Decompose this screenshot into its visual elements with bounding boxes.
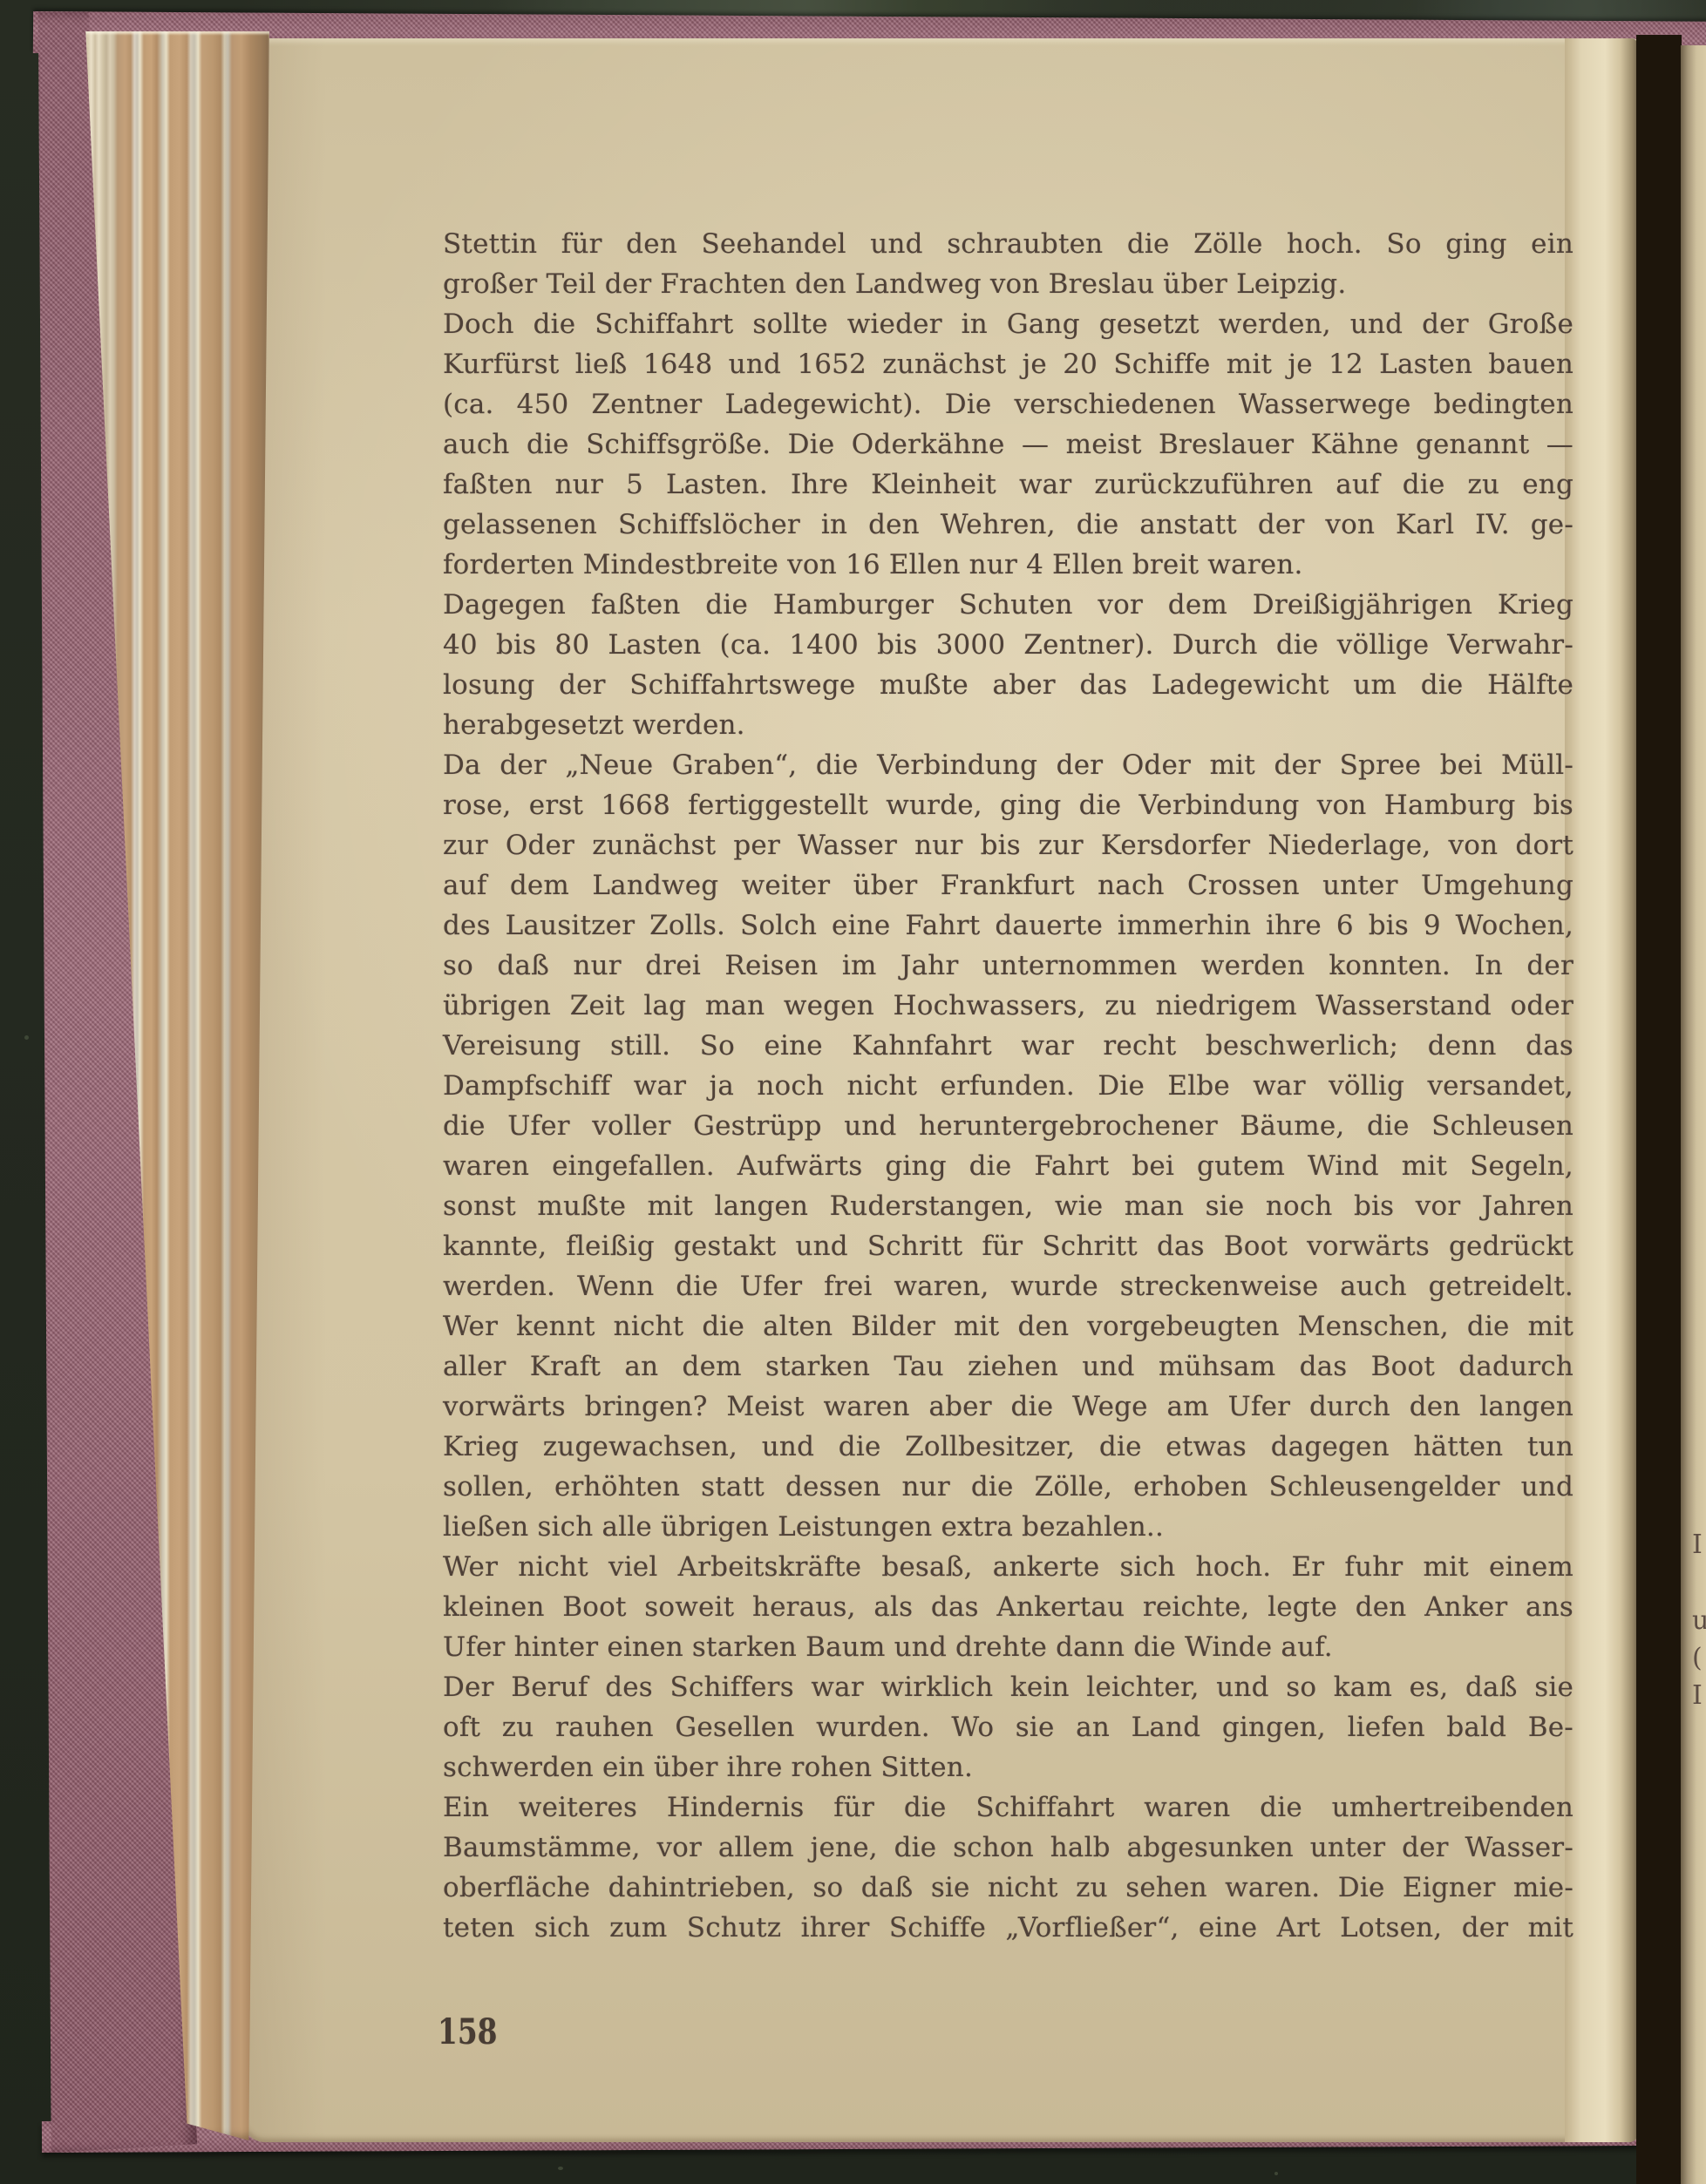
text-line: forderten Mindestbreite von 16 Ellen nur… xyxy=(443,545,1573,585)
text-line: ließen sich alle übrigen Leistungen extr… xyxy=(443,1507,1573,1547)
page-text: Stettin für den Seehandel und schraubten… xyxy=(443,224,1573,1948)
text-line: aller Kraft an dem starken Tau ziehen un… xyxy=(443,1346,1573,1387)
text-line: werden. Wenn die Ufer frei waren, wurde … xyxy=(443,1266,1573,1306)
text-line: schwerden ein über ihre rohen Sitten. xyxy=(443,1747,1573,1787)
text-line: herabgesetzt werden. xyxy=(443,705,1573,745)
text-line: auch die Schiffsgröße. Die Oderkähne — m… xyxy=(443,424,1573,465)
text-line: Stettin für den Seehandel und schraubten… xyxy=(443,224,1573,264)
adjacent-page-text-fragment: I xyxy=(1692,1683,1703,1709)
text-line: waren eingefallen. Aufwärts ging die Fah… xyxy=(443,1146,1573,1186)
text-line: Baumstämme, vor allem jene, die schon ha… xyxy=(443,1828,1573,1868)
text-line: 40 bis 80 Lasten (ca. 1400 bis 3000 Zent… xyxy=(443,625,1573,665)
text-line: oft zu rauhen Gesellen wurden. Wo sie an… xyxy=(443,1707,1573,1747)
text-line: zur Oder zunächst per Wasser nur bis zur… xyxy=(443,825,1573,865)
text-line: Wer kennt nicht die alten Bilder mit den… xyxy=(443,1306,1573,1346)
text-line: die Ufer voller Gestrüpp und heruntergeb… xyxy=(443,1106,1573,1146)
text-line: vorwärts bringen? Meist waren aber die W… xyxy=(443,1387,1573,1427)
text-line: Ein weiteres Hindernis für die Schiffahr… xyxy=(443,1787,1573,1828)
text-line: so daß nur drei Reisen im Jahr unternomm… xyxy=(443,946,1573,986)
text-line: des Lausitzer Zolls. Solch eine Fahrt da… xyxy=(443,905,1573,946)
text-line: gelassenen Schiffslöcher in den Wehren, … xyxy=(443,505,1573,545)
text-line: Der Beruf des Schiffers war wirklich kei… xyxy=(443,1667,1573,1707)
text-line: teten sich zum Schutz ihrer Schiffe „Vor… xyxy=(443,1908,1573,1948)
text-line: (ca. 450 Zentner Ladegewicht). Die versc… xyxy=(443,384,1573,424)
text-line: Doch die Schiffahrt sollte wieder in Gan… xyxy=(443,304,1573,344)
text-line: Dampfschiff war ja noch nicht erfunden. … xyxy=(443,1066,1573,1106)
text-line: losung der Schiffahrtswege mußte aber da… xyxy=(443,665,1573,705)
text-line: Vereisung still. So eine Kahnfahrt war r… xyxy=(443,1026,1573,1066)
adjacent-page-text-fragment: u xyxy=(1692,1608,1706,1634)
adjacent-page-text-fragment: ( xyxy=(1692,1645,1703,1672)
text-line: Krieg zugewachsen, und die Zollbesitzer,… xyxy=(443,1427,1573,1467)
text-line: übrigen Zeit lag man wegen Hochwassers, … xyxy=(443,986,1573,1026)
text-line: auf dem Landweg weiter über Frankfurt na… xyxy=(443,865,1573,905)
page-fore-edge-curl xyxy=(1565,38,1638,2142)
dust-speck xyxy=(24,1035,29,1040)
text-line: großer Teil der Frachten den Landweg von… xyxy=(443,264,1573,304)
text-line: kleinen Boot soweit heraus, als das Anke… xyxy=(443,1587,1573,1627)
adjacent-page-text-fragment: I xyxy=(1692,1532,1703,1558)
text-line: Wer nicht viel Arbeitskräfte besaß, anke… xyxy=(443,1547,1573,1587)
dust-speck xyxy=(558,2167,563,2170)
text-line: sonst mußte mit langen Ruderstangen, wie… xyxy=(443,1186,1573,1226)
text-line: oberfläche dahintrieben, so daß sie nich… xyxy=(443,1868,1573,1908)
page-number: 158 xyxy=(438,2011,497,2052)
dust-speck xyxy=(1274,2172,1278,2175)
text-line: Kurfürst ließ 1648 und 1652 zunächst je … xyxy=(443,344,1573,384)
text-line: Ufer hinter einen starken Baum und dreht… xyxy=(443,1627,1573,1667)
open-book-photo: Iu(I Stettin für den Seehandel und schra… xyxy=(0,0,1706,2184)
text-line: Dagegen faßten die Hamburger Schuten vor… xyxy=(443,585,1573,625)
text-line: sollen, erhöhten statt dessen nur die Zö… xyxy=(443,1467,1573,1507)
text-line: Da der „Neue Graben“, die Verbindung der… xyxy=(443,745,1573,785)
adjacent-page-edge: Iu(I xyxy=(1681,45,1706,2184)
text-line: rose, erst 1668 fertiggestellt wurde, gi… xyxy=(443,785,1573,825)
gutter-shadow xyxy=(1636,35,1682,2184)
text-line: faßten nur 5 Lasten. Ihre Kleinheit war … xyxy=(443,465,1573,505)
text-line: kannte, fleißig gestakt und Schritt für … xyxy=(443,1226,1573,1266)
